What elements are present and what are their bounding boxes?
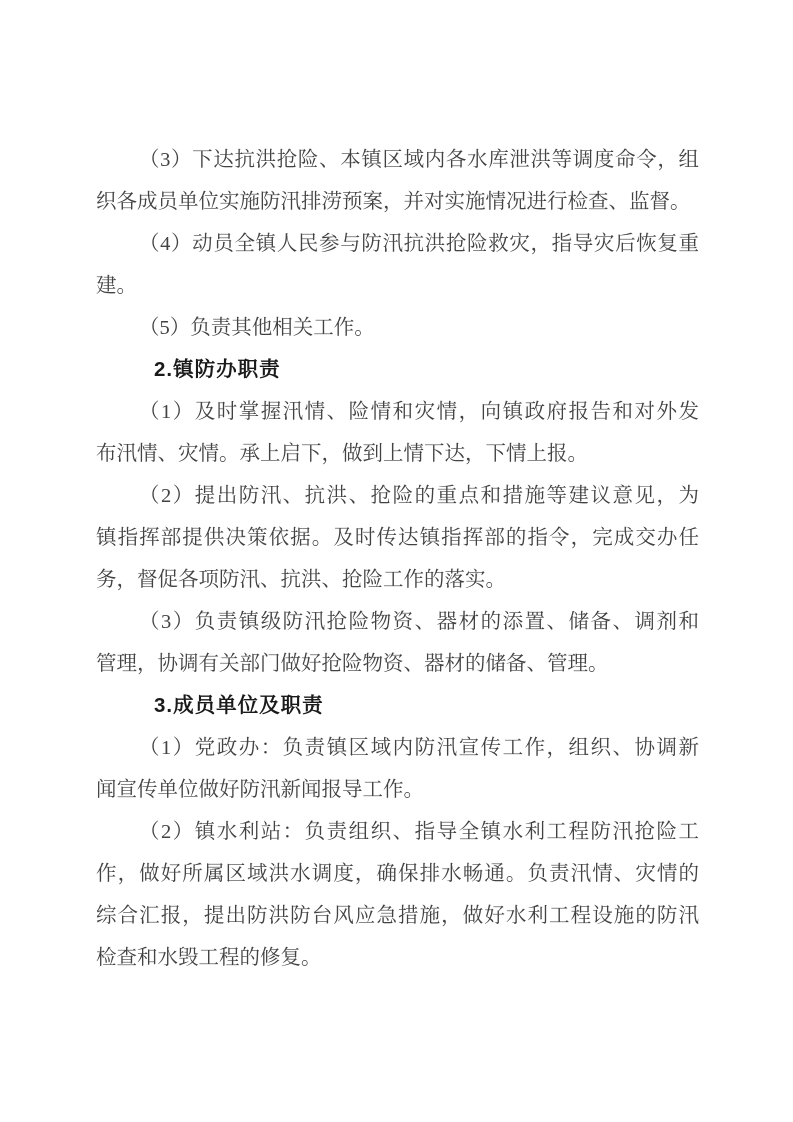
text-line: 织各成员单位实施防汛排涝预案，并对实施情况进行检查、监督。 bbox=[96, 181, 699, 223]
body-paragraph: （5）负责其他相关工作。 bbox=[96, 307, 699, 349]
body-paragraph: （2）镇水利站：负责组织、指导全镇水利工程防汛抢险工作，做好所属区域洪水调度，确… bbox=[96, 811, 699, 979]
text-block: （3）下达抗洪抢险、本镇区域内各水库泄洪等调度命令，组织各成员单位实施防汛排涝预… bbox=[96, 139, 699, 979]
text-line: （2）提出防汛、抗洪、抢险的重点和措施等建议意见，为 bbox=[96, 475, 699, 517]
text-line: 3.成员单位及职责 bbox=[96, 685, 699, 727]
text-line: （1）及时掌握汛情、险情和灾情，向镇政府报告和对外发 bbox=[96, 391, 699, 433]
body-paragraph: （2）提出防汛、抗洪、抢险的重点和措施等建议意见，为镇指挥部提供决策依据。及时传… bbox=[96, 475, 699, 601]
body-paragraph: （3）负责镇级防汛抢险物资、器材的添置、储备、调剂和管理，协调有关部门做好抢险物… bbox=[96, 601, 699, 685]
text-line: （3）负责镇级防汛抢险物资、器材的添置、储备、调剂和 bbox=[96, 601, 699, 643]
body-paragraph: （3）下达抗洪抢险、本镇区域内各水库泄洪等调度命令，组织各成员单位实施防汛排涝预… bbox=[96, 139, 699, 223]
text-line: （2）镇水利站：负责组织、指导全镇水利工程防汛抢险工 bbox=[96, 811, 699, 853]
text-line: （1）党政办：负责镇区域内防汛宣传工作，组织、协调新 bbox=[96, 727, 699, 769]
text-line: 务，督促各项防汛、抗洪、抢险工作的落实。 bbox=[96, 559, 699, 601]
text-line: 作，做好所属区域洪水调度，确保排水畅通。负责汛情、灾情的 bbox=[96, 853, 699, 895]
text-line: 布汛情、灾情。承上启下，做到上情下达，下情上报。 bbox=[96, 433, 699, 475]
text-line: 检查和水毁工程的修复。 bbox=[96, 937, 699, 979]
text-line: （5）负责其他相关工作。 bbox=[96, 307, 699, 349]
text-line: 管理，协调有关部门做好抢险物资、器材的储备、管理。 bbox=[96, 643, 699, 685]
section-heading: 3.成员单位及职责 bbox=[96, 685, 699, 727]
text-line: （3）下达抗洪抢险、本镇区域内各水库泄洪等调度命令，组 bbox=[96, 139, 699, 181]
body-paragraph: （4）动员全镇人民参与防汛抗洪抢险救灾，指导灾后恢复重建。 bbox=[96, 223, 699, 307]
text-line: 镇指挥部提供决策依据。及时传达镇指挥部的指令，完成交办任 bbox=[96, 517, 699, 559]
body-paragraph: （1）及时掌握汛情、险情和灾情，向镇政府报告和对外发布汛情、灾情。承上启下，做到… bbox=[96, 391, 699, 475]
text-line: 2.镇防办职责 bbox=[96, 349, 699, 391]
text-line: 综合汇报，提出防洪防台风应急措施，做好水利工程设施的防汛 bbox=[96, 895, 699, 937]
text-line: （4）动员全镇人民参与防汛抗洪抢险救灾，指导灾后恢复重 bbox=[96, 223, 699, 265]
document-page: （3）下达抗洪抢险、本镇区域内各水库泄洪等调度命令，组织各成员单位实施防汛排涝预… bbox=[0, 0, 793, 1122]
text-line: 闻宣传单位做好防汛新闻报导工作。 bbox=[96, 769, 699, 811]
text-line: 建。 bbox=[96, 265, 699, 307]
section-heading: 2.镇防办职责 bbox=[96, 349, 699, 391]
body-paragraph: （1）党政办：负责镇区域内防汛宣传工作，组织、协调新闻宣传单位做好防汛新闻报导工… bbox=[96, 727, 699, 811]
